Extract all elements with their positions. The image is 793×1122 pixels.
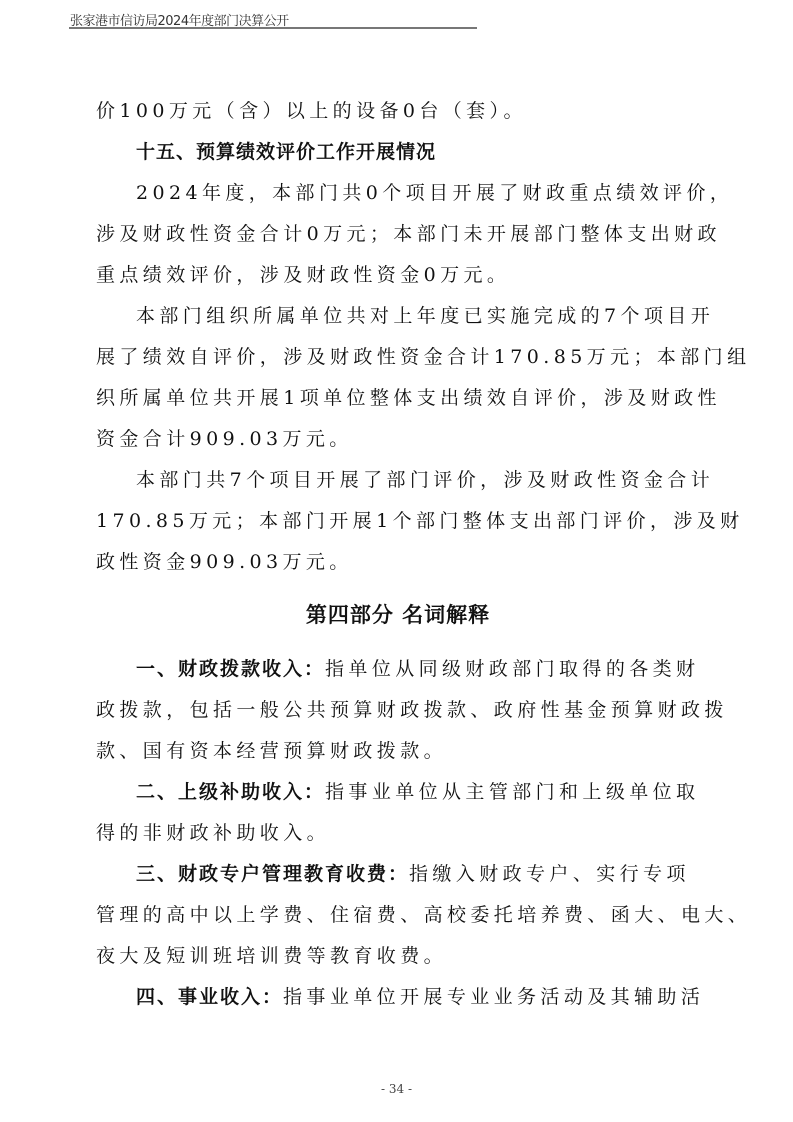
paragraph-line: 2024年度，本部门共0个项目开展了财政重点绩效评价， — [96, 173, 700, 214]
term-definition: 指事业单位从主管部门和上级单位取 — [325, 781, 699, 803]
header-rule — [69, 27, 477, 29]
paragraph-line: 织所属单位共开展1项单位整体支出绩效自评价，涉及财政性 — [96, 378, 700, 419]
page-number: - 34 - — [0, 1082, 793, 1096]
paragraph-line: 本部门共7个项目开展了部门评价，涉及财政性资金合计 — [96, 460, 700, 501]
term-entry-first-line: 二、上级补助收入：指事业单位从主管部门和上级单位取 — [96, 772, 700, 813]
term-label: 三、财政专户管理教育收费： — [136, 863, 409, 885]
paragraph-line: 资金合计909.03万元。 — [96, 419, 700, 460]
term-entry-first-line: 三、财政专户管理教育收费：指缴入财政专户、实行专项 — [96, 854, 700, 895]
document-body: 价100万元（含）以上的设备0台（套）。 十五、预算绩效评价工作开展情况 202… — [96, 91, 700, 1018]
paragraph-line: 170.85万元；本部门开展1个部门整体支出部门评价，涉及财 — [96, 501, 700, 542]
term-definition: 指单位从同级财政部门取得的各类财 — [325, 658, 699, 680]
paragraph-line: 展了绩效自评价，涉及财政性资金合计170.85万元；本部门组 — [96, 337, 700, 378]
paragraph-line: 价100万元（含）以上的设备0台（套）。 — [96, 91, 700, 132]
paragraph-line: 涉及财政性资金合计0万元；本部门未开展部门整体支出财政 — [96, 214, 700, 255]
paragraph-line: 政拨款，包括一般公共预算财政拨款、政府性基金预算财政拨 — [96, 690, 700, 731]
term-label: 四、事业收入： — [136, 986, 283, 1008]
paragraph-line: 本部门组织所属单位共对上年度已实施完成的7个项目开 — [96, 296, 700, 337]
term-definition: 指缴入财政专户、实行专项 — [409, 863, 690, 885]
paragraph-line: 管理的高中以上学费、住宿费、高校委托培养费、函大、电大、 — [96, 895, 700, 936]
paragraph-line: 重点绩效评价，涉及财政性资金0万元。 — [96, 255, 700, 296]
term-entry-first-line: 四、事业收入：指事业单位开展专业业务活动及其辅助活 — [96, 977, 700, 1018]
term-label: 一、财政拨款收入： — [136, 658, 325, 680]
part-title: 第四部分 名词解释 — [96, 587, 700, 643]
term-entry-first-line: 一、财政拨款收入：指单位从同级财政部门取得的各类财 — [96, 649, 700, 690]
paragraph-line: 夜大及短训班培训费等教育收费。 — [96, 936, 700, 977]
paragraph-line: 得的非财政补助收入。 — [96, 813, 700, 854]
term-label: 二、上级补助收入： — [136, 781, 325, 803]
paragraph-line: 政性资金909.03万元。 — [96, 542, 700, 583]
term-definition: 指事业单位开展专业业务活动及其辅助活 — [283, 986, 704, 1008]
section-heading: 十五、预算绩效评价工作开展情况 — [96, 132, 700, 173]
paragraph-line: 款、国有资本经营预算财政拨款。 — [96, 731, 700, 772]
